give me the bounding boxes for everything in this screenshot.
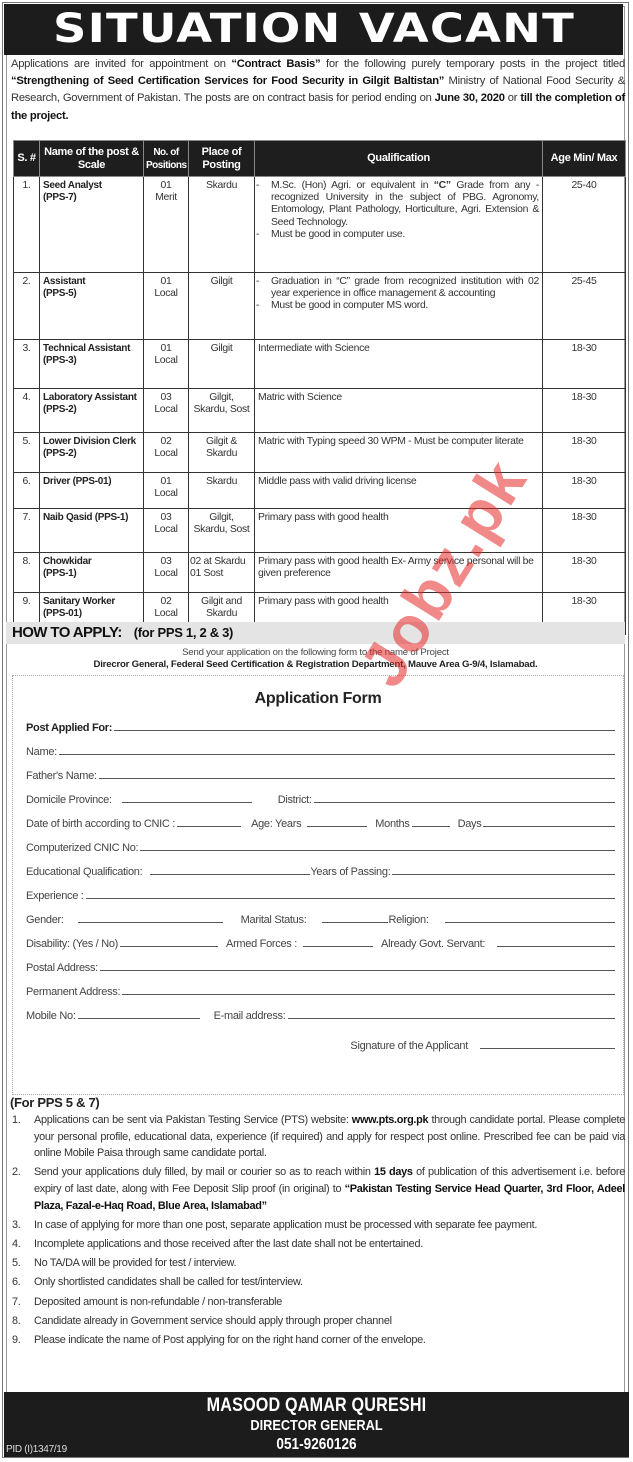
label-email: E-mail address: [214,1010,288,1022]
cell-age: 18-30 [543,473,626,509]
how-to-apply-bar: HOW TO APPLY:(for PPS 1, 2 & 3) [6,622,625,644]
signature-field[interactable]: Signature of the Applicant [350,1040,615,1052]
cell-post: Laboratory Assistant(PPS-2) [40,389,144,433]
qualification-item: Must be good in computer use. [258,229,539,241]
cell-age: 18-30 [543,553,626,593]
cell-qualification: M.Sc. (Hon) Agri. or equivalent in “C” G… [255,177,543,273]
label-cnic: Computerized CNIC No: [26,842,140,854]
field-permanent-address[interactable]: Permanent Address: [26,982,615,998]
input-line-govt-servant[interactable] [497,946,615,947]
field-mobile-email[interactable]: Mobile No:E-mail address: [26,1006,615,1022]
banner-title-text: SITUATION VACANT [53,4,575,55]
cell-qualification: Matric with Science [255,389,543,433]
input-line-education[interactable] [150,874,310,875]
label-district: District: [278,794,314,806]
signatory-name: MASOOD QAMAR QURESHI [51,1395,582,1417]
cell-post: Technical Assistant(PPS-3) [40,340,144,389]
instruction-item: 9.Please indicate the name of Post apply… [10,1332,625,1349]
intro-text: for the following purely temporary posts… [320,58,625,70]
header-place: Place of Posting [189,141,255,177]
cell-post: Driver (PPS-01) [40,473,144,509]
cell-sn: 4. [14,389,40,433]
instruction-item: 7.Deposited amount is non-refundable / n… [10,1294,625,1311]
cell-qualification: Matric with Typing speed 30 WPM - Must b… [255,433,543,473]
input-line-permanent[interactable] [122,994,615,995]
cell-place: Gilgit [189,340,255,389]
input-line-cnic[interactable] [140,850,615,851]
qualification-item: Graduation in “C” grade from recognized … [258,276,539,300]
input-line-father-name[interactable] [99,778,615,779]
cell-age: 25-45 [543,273,626,340]
cell-place: Gilgit, Skardu, Sost [189,509,255,553]
cell-sn: 8. [14,553,40,593]
label-father-name: Father's Name: [26,770,99,782]
cell-positions: 01Local [144,473,189,509]
form-title: Application Form [13,690,623,708]
cell-post: Seed Analyst(PPS-7) [40,177,144,273]
input-line-experience[interactable] [86,898,615,899]
field-experience[interactable]: Experience : [26,886,615,902]
label-months: Months [375,818,411,830]
cell-positions: 01Local [144,273,189,340]
input-line-name[interactable] [59,754,615,755]
table-row: 4.Laboratory Assistant(PPS-2)03LocalGilg… [14,389,626,433]
label-dob: Date of birth according to CNIC : [26,818,177,830]
input-line-signature[interactable] [480,1048,615,1049]
cell-qualification: Primary pass with good health [255,509,543,553]
header-sn: S. # [14,141,40,177]
cell-sn: 3. [14,340,40,389]
cell-age: 18-30 [543,509,626,553]
label-gender: Gender: [26,914,66,926]
cell-age: 18-30 [543,433,626,473]
field-education[interactable]: Educational Qualification:Years of Passi… [26,862,615,878]
header-qualification: Qualification [255,141,543,177]
instruction-item: 6.Only shortlisted candidates shall be c… [10,1274,625,1291]
cell-place: Skardu [189,177,255,273]
label-armed-forces: Armed Forces : [226,938,299,950]
how-to-apply-subtitle: (for PPS 1, 2 & 3) [134,625,233,640]
how-to-apply-title: HOW TO APPLY: [12,624,122,641]
instruction-item: 5.No TA/DA will be provided for test / i… [10,1255,625,1272]
field-domicile[interactable]: Domicile Province:District: [26,790,615,806]
input-line-dob[interactable] [177,826,241,827]
cell-place: Skardu [189,473,255,509]
qualification-item: Must be good in computer MS word. [258,300,539,312]
instructions-list: 1.Applications can be sent via Pakistan … [10,1112,625,1351]
cell-sn: 6. [14,473,40,509]
intro-text: or [505,92,521,104]
label-days: Days [458,818,484,830]
cell-positions: 01Local [144,340,189,389]
send-address: Direcror General, Federal Seed Certifica… [6,659,625,671]
instruction-item: 8.Candidate already in Government servic… [10,1313,625,1330]
instruction-item: 2.Send your applications duly filled, by… [10,1164,625,1214]
field-father-name[interactable]: Father's Name: [26,766,615,782]
cell-sn: 7. [14,509,40,553]
cell-positions: 02Local [144,433,189,473]
input-line-domicile[interactable] [122,802,252,803]
pid-number: PID (I)1347/19 [6,1444,67,1455]
label-govt-servant: Already Govt. Servant: [381,938,487,950]
label-domicile: Domicile Province: [26,794,114,806]
pps57-title: (For PPS 5 & 7) [10,1095,99,1110]
header-age: Age Min/ Max [543,141,626,177]
cell-place: Gilgit & Skardu [189,433,255,473]
label-postal: Postal Address: [26,962,100,974]
jobs-table: S. # Name of the post & Scale No. of Pos… [13,140,626,635]
intro-project-title: “Strengthening of Seed Certification Ser… [11,75,444,87]
send-line: Send your application on the following f… [6,647,625,659]
cell-sn: 2. [14,273,40,340]
intro-contract-basis: “Contract Basis” [231,58,320,70]
label-experience: Experience : [26,890,86,902]
input-line-post-applied[interactable] [114,730,615,731]
cell-positions: 03Local [144,553,189,593]
label-age-years: Age: Years [251,818,303,830]
input-line-district[interactable] [314,802,615,803]
label-religion: Religion: [388,914,430,926]
table-row: 1.Seed Analyst(PPS-7)01MeritSkarduM.Sc. … [14,177,626,273]
cell-qualification: Primary pass with good health Ex- Army s… [255,553,543,593]
label-post-applied: Post Applied For: [26,722,114,734]
cell-sn: 5. [14,433,40,473]
input-line-days[interactable] [483,826,615,827]
cell-post: Assistant(PPS-5) [40,273,144,340]
cell-qualification: Graduation in “C” grade from recognized … [255,273,543,340]
input-line-disability[interactable] [120,946,218,947]
input-line-marital[interactable] [322,922,388,923]
input-line-postal[interactable] [100,970,615,971]
cell-positions: 01Merit [144,177,189,273]
field-disability-armed-govt[interactable]: Disability: (Yes / No)Armed Forces :Alre… [26,934,615,950]
cell-post: Lower Division Clerk(PPS-2) [40,433,144,473]
label-education: Educational Qualification: [26,866,144,878]
field-gender-marital-religion[interactable]: Gender:Marital Status:Religion: [26,910,615,926]
cell-place: Gilgit, Skardu, Sost [189,389,255,433]
cell-place: Gilgit [189,273,255,340]
label-disability: Disability: (Yes / No) [26,938,120,950]
table-row: 6.Driver (PPS-01)01LocalSkarduMiddle pas… [14,473,626,509]
table-row: 5.Lower Division Clerk(PPS-2)02LocalGilg… [14,433,626,473]
label-signature: Signature of the Applicant [350,1040,468,1052]
input-line-years-passing[interactable] [392,874,615,875]
header-positions: No. of Positions [144,141,189,177]
field-cnic[interactable]: Computerized CNIC No: [26,838,615,854]
send-to-block: Send your application on the following f… [6,647,625,671]
cell-qualification: Middle pass with valid driving license [255,473,543,509]
input-line-months[interactable] [412,826,450,827]
cell-post: Chowkidar(PPS-1) [40,553,144,593]
header-post: Name of the post & Scale [40,141,144,177]
application-form: Application Form Post Applied For: Name:… [12,675,624,1095]
input-line-armed-forces[interactable] [303,946,373,947]
field-postal-address[interactable]: Postal Address: [26,958,615,974]
qualification-item: M.Sc. (Hon) Agri. or equivalent in “C” G… [258,180,539,229]
cell-qualification: Intermediate with Science [255,340,543,389]
footer-signature-block: MASOOD QAMAR QURESHI DIRECTOR GENERAL 05… [4,1392,629,1457]
instruction-item: 3.In case of applying for more than one … [10,1217,625,1234]
cell-positions: 03Local [144,509,189,553]
cell-sn: 1. [14,177,40,273]
cell-positions: 03Local [144,389,189,433]
contact-phone: 051-9260126 [51,1435,582,1454]
cell-age: 25-40 [543,177,626,273]
banner-title: SITUATION VACANT [4,4,623,55]
cell-age: 18-30 [543,340,626,389]
table-header-row: S. # Name of the post & Scale No. of Pos… [14,141,626,177]
input-line-religion[interactable] [445,922,615,923]
intro-paragraph: Applications are invited for appointment… [11,56,625,125]
label-mobile: Mobile No: [26,1010,78,1022]
input-line-email[interactable] [288,1018,616,1019]
table-row: 3.Technical Assistant(PPS-3)01LocalGilgi… [14,340,626,389]
table-row: 8.Chowkidar(PPS-1)03Local02 at Skardu 01… [14,553,626,593]
input-line-mobile[interactable] [78,1018,200,1019]
intro-end-date: June 30, 2020 [435,92,505,104]
cell-place: 02 at Skardu 01 Sost [189,553,255,593]
field-post-applied[interactable]: Post Applied For: [26,718,615,734]
input-line-gender[interactable] [78,922,223,923]
instruction-item: 4.Incomplete applications and those rece… [10,1236,625,1253]
label-permanent: Permanent Address: [26,986,122,998]
signatory-title: DIRECTOR GENERAL [51,1417,582,1435]
label-marital: Marital Status: [241,914,309,926]
field-name[interactable]: Name: [26,742,615,758]
label-name: Name: [26,746,59,758]
intro-text: Applications are invited for appointment… [11,58,231,70]
label-years-passing: Years of Passing: [310,866,392,878]
instruction-item: 1.Applications can be sent via Pakistan … [10,1112,625,1162]
cell-post: Naib Qasid (PPS-1) [40,509,144,553]
field-dob-age[interactable]: Date of birth according to CNIC :Age: Ye… [26,814,615,830]
cell-age: 18-30 [543,389,626,433]
input-line-age-years[interactable] [307,826,367,827]
table-row: 2.Assistant(PPS-5)01LocalGilgitGraduatio… [14,273,626,340]
table-row: 7.Naib Qasid (PPS-1)03LocalGilgit, Skard… [14,509,626,553]
